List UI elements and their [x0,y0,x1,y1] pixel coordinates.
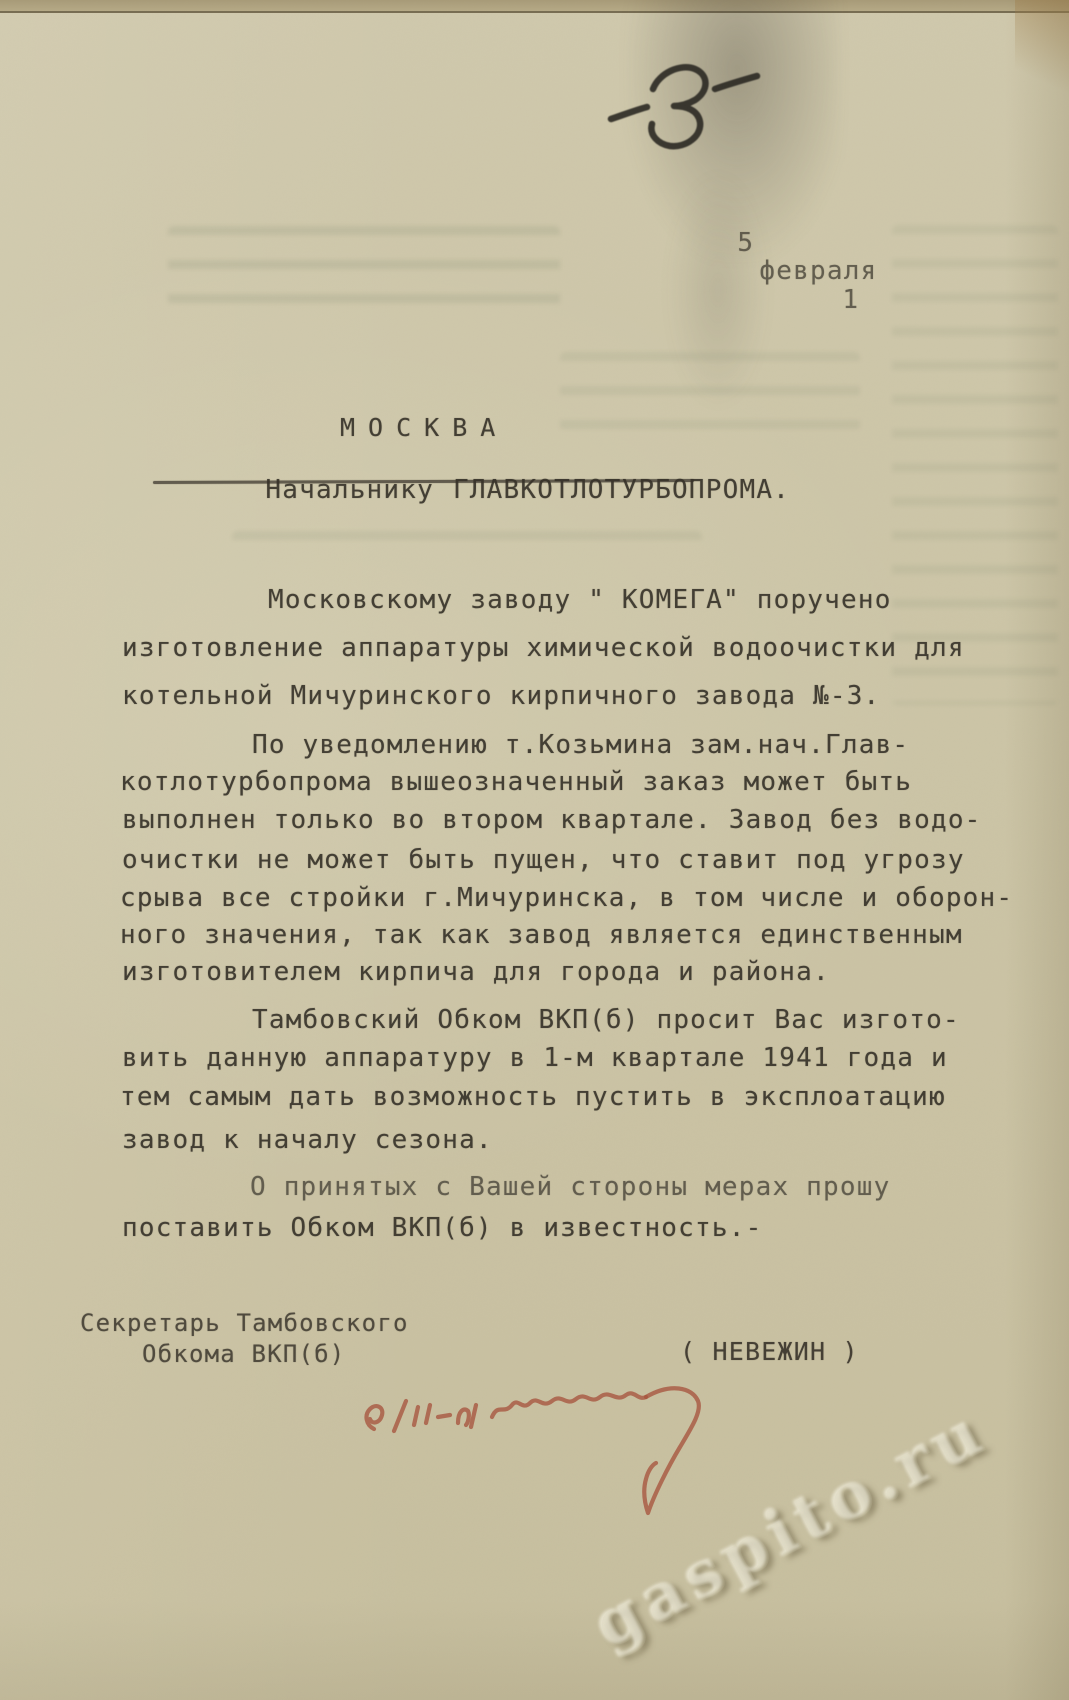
date-year-fragment: 1 [842,286,859,315]
date-line: 5 февраля 1 [670,200,877,343]
red-signature-scrawl [492,1393,646,1417]
body-line: По уведомлению т.Козьмина зам.нач.Глав- [252,731,909,760]
body-line: выполнен только во втором квартале. Заво… [122,806,982,835]
bleedthrough-text-ghost [560,352,860,432]
signature-title-line2: Обкома ВКП(б) [142,1341,345,1367]
city-title: МОСКВА [340,414,508,442]
bleedthrough-text-ghost [168,226,560,306]
body-line: поставить Обком ВКП(б) в известность.- [122,1214,762,1243]
body-line: Московскому заводу " КОМЕГА" поручено [268,586,892,615]
body-line: котельной Мичуринского кирпичного завода… [122,682,880,711]
body-line: изготовителем кирпича для города и район… [122,958,830,987]
body-line: Тамбовский Обком ВКП(б) просит Вас изгот… [252,1006,960,1035]
date-day: 5 [737,229,754,258]
scan-top-edge [0,0,1069,13]
body-line: ного значения, так как завод является ед… [120,921,963,950]
addressee-line: НачальникуГЛАВКОТЛОТУРБОПРОМА. [198,447,790,533]
signature-name: ( НЕВЕЖИН ) [680,1338,859,1366]
bleedthrough-text-ghost [232,531,702,555]
body-line: очистки не может быть пущен, что ставит … [122,846,965,875]
body-line: котлотурбопрома вышеозначенный заказ мож… [120,768,912,797]
red-resolution-mark [340,1365,750,1550]
body-line: О принятых с Вашей стороны мерах прошу [250,1173,890,1202]
date-month: февраля [759,257,877,286]
document-page: 5 февраля 1 МОСКВА НачальникуГЛАВКОТЛОТУ… [0,0,1069,1700]
scan-bottom-shadow [0,1600,1069,1700]
body-line: тем самым дать возможность пустить в экс… [120,1083,946,1112]
signature-title-line1: Секретарь Тамбовского [80,1310,409,1336]
body-line: завод к началу сезона. [122,1126,493,1155]
body-line: срыва все стройки г.Мичуринска, в том чи… [120,884,1013,913]
body-line: изготовление аппаратуры химической водоо… [122,634,965,663]
handwritten-page-number [597,55,767,155]
body-line: вить данную аппаратуру в 1-м квартале 19… [122,1044,948,1073]
red-resolution-date-scribble [367,1401,476,1431]
red-signature-hook [644,1388,699,1513]
